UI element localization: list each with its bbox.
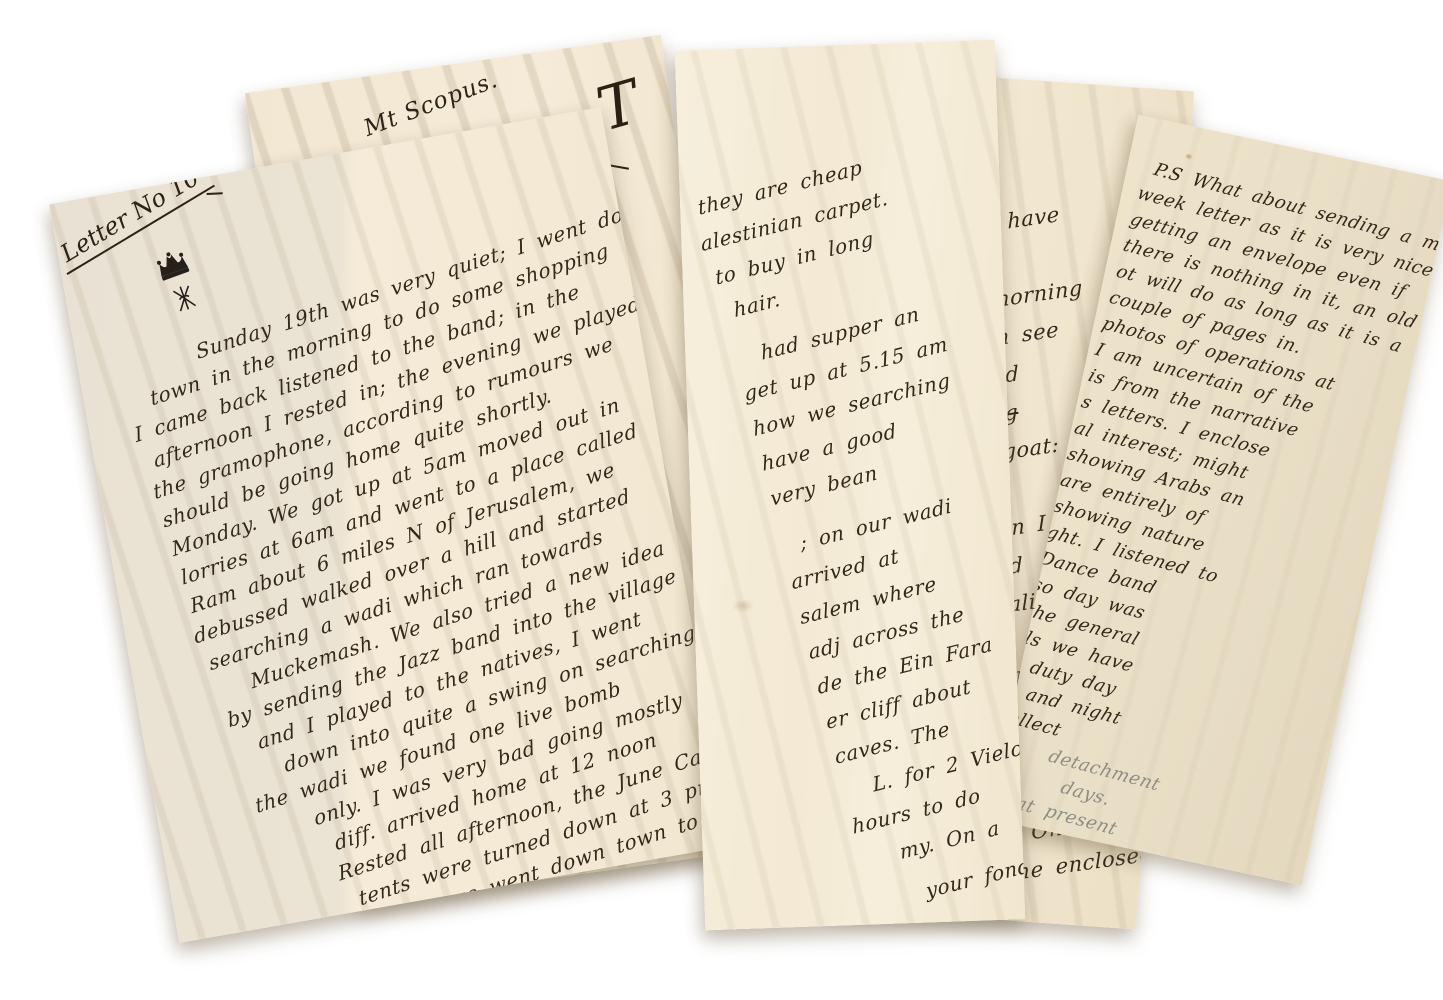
paper-stain [728,596,759,615]
photograph-of-handwritten-letters: Mt Scopus. T think I havepeacefulearly m… [0,0,1443,1000]
crown-crest-icon [147,244,211,322]
royal-cypher-icon [169,282,200,315]
handwriting-block: they are cheapalestinian carpet.to buy i… [694,131,1026,922]
letter-sheet-middle: they are cheapalestinian carpet.to buy i… [675,40,1026,931]
paper-stain [1182,151,1196,162]
